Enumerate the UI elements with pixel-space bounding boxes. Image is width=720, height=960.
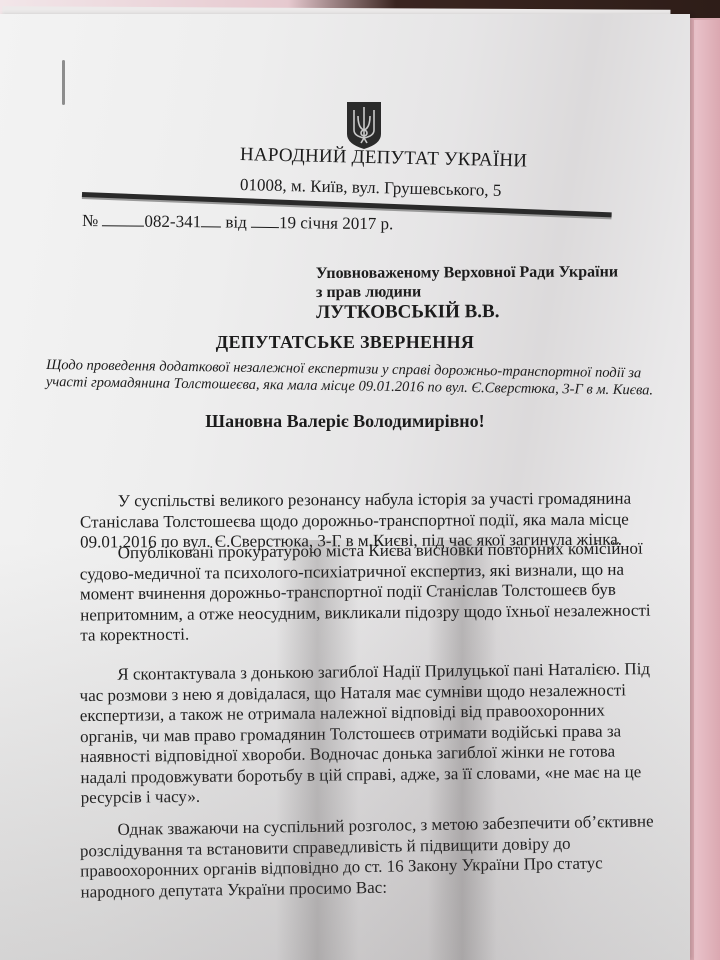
paragraph-line: У суспільстві великого резонансу набула … xyxy=(80,488,660,512)
paragraph-3: Я сконтактувала з донькою загиблої Надії… xyxy=(79,659,670,809)
recipient-position-continued: з прав людини xyxy=(316,281,618,302)
organization-address: 01008, м. Київ, вул. Грушевського, 5 xyxy=(240,175,502,201)
blank-line xyxy=(251,227,279,228)
date-label: від xyxy=(225,213,247,232)
recipient-block: Уповноваженому Верховної Ради України з … xyxy=(316,262,618,324)
ukraine-coat-of-arms-icon xyxy=(345,100,383,150)
letter-page: НАРОДНИЙ ДЕПУТАТ УКРАЇНИ 01008, м. Київ,… xyxy=(0,14,690,960)
salutation: Шановна Валеріє Володимирівно! xyxy=(0,411,690,432)
blank-line xyxy=(201,226,221,227)
organization-title: НАРОДНИЙ ДЕПУТАТ УКРАЇНИ xyxy=(240,144,528,173)
recipient-name: ЛУТКОВСЬКІЙ В.В. xyxy=(316,300,618,324)
number-label: № xyxy=(82,211,98,230)
paragraph-2: Опубліковані прокуратурою міста Києва ви… xyxy=(80,538,661,646)
paragraph-4: Однак зважаючи на суспільний розголос, з… xyxy=(79,811,660,902)
document-title: ДЕПУТАТСЬКЕ ЗВЕРНЕННЯ xyxy=(0,332,690,353)
background-pink-folder xyxy=(694,20,720,960)
blank-line xyxy=(102,225,144,226)
reference-date: 19 січня 2017 р. xyxy=(279,213,393,233)
paragraph-line: та коректності. xyxy=(80,620,660,646)
reference-line: № 082-341 від 19 січня 2017 р. xyxy=(82,211,394,234)
recipient-position: Уповноваженому Верховної Ради України xyxy=(316,262,618,283)
letter-content: НАРОДНИЙ ДЕПУТАТ УКРАЇНИ 01008, м. Київ,… xyxy=(0,14,690,960)
reference-number: 082-341 xyxy=(144,212,201,232)
subject-line: Щодо проведення додаткової незалежної ек… xyxy=(46,357,686,400)
